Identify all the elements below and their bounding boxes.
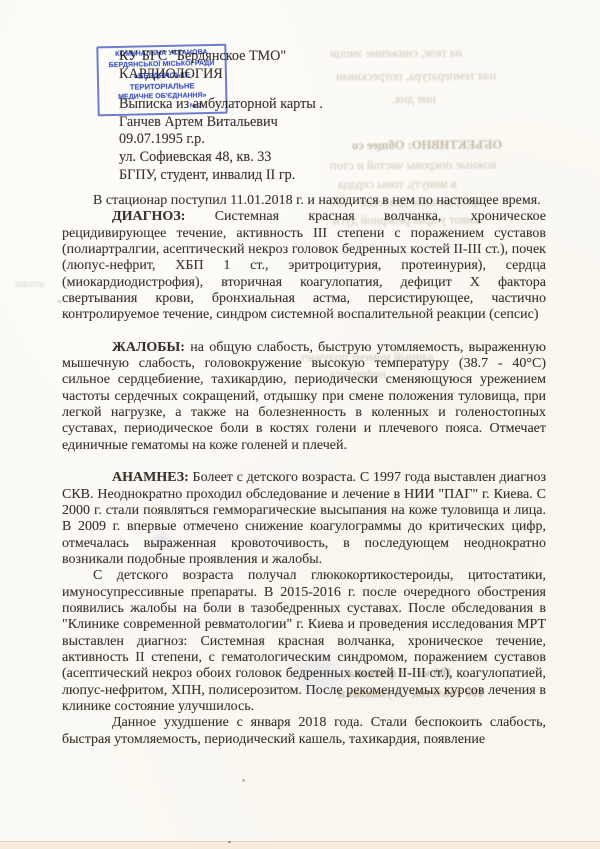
department-name: КАРДИОЛОГИЯ — [119, 66, 323, 84]
paragraph-text: В стационар поступил 11.01.2018 г. и нах… — [93, 193, 541, 208]
scan-speck — [57, 300, 62, 303]
scan-speck — [242, 779, 245, 782]
bleed-through-fragment: кожные покровы чистой и стоп — [330, 158, 496, 174]
paragraph-treatment-history: С детского возраста получал глюкокортико… — [62, 568, 546, 715]
bleed-through-fragment: в минуту, тоны сердца — [338, 177, 457, 193]
scan-speck — [160, 598, 164, 600]
patient-address: ул. Софиевская 48, кв. 33 — [119, 149, 323, 167]
paragraph-complaints: ЖАЛОБЫ: на общую слабость, быструю утомл… — [62, 340, 546, 454]
paragraph-anamnesis: АНАМНЕЗ: Болеет с детского возраста. С 1… — [62, 470, 546, 568]
org-name: КУ БГС "Бердянское ТМО" — [119, 48, 323, 66]
scan-edge-strip — [0, 841, 600, 849]
paragraph-label: ЖАЛОБЫ: — [112, 340, 185, 355]
patient-status: БГПУ, студент, инвалид II гр. — [119, 167, 323, 185]
document-header: КУ БГС "Бердянское ТМО" КАРДИОЛОГИЯ Выпи… — [119, 48, 323, 184]
paragraph-text: С детского возраста получал глюкокортико… — [62, 568, 546, 714]
bleed-through-fragment: ная температура, потрескиван — [336, 69, 496, 85]
document-body: В стационар поступил 11.01.2018 г. и нах… — [62, 193, 546, 748]
paragraph-text: Системная красная волчанка, хроническое … — [62, 209, 546, 322]
bleed-through-fragment: атолог — [14, 278, 44, 290]
scanned-medical-extract-page: на теле, снижение эмоци ная температура,… — [0, 0, 600, 849]
patient-name: Ганчев Артем Витальевич — [119, 114, 323, 132]
bleed-through-fragment: на теле, снижение эмоци — [330, 46, 462, 62]
paragraph-text: на общую слабость, быструю утомляемость,… — [62, 340, 546, 453]
scan-speck — [228, 841, 231, 843]
paragraph-admission: В стационар поступил 11.01.2018 г. и нах… — [62, 193, 546, 209]
paragraph-text: Данное ухудшение с января 2018 года. Ста… — [62, 715, 546, 746]
paragraph-label: АНАМНЕЗ: — [112, 470, 189, 485]
document-title: Выписка из амбулаторной карты . — [119, 96, 323, 114]
paragraph-current-deterioration: Данное ухудшение с января 2018 года. Ста… — [62, 715, 546, 748]
paragraph-diagnosis: ДИАГНОЗ: Системная красная волчанка, хро… — [62, 209, 546, 323]
bleed-through-fragment: ОБЪЕКТИВНО: Общее со — [352, 138, 502, 154]
paragraph-label: ДИАГНОЗ: — [112, 209, 185, 224]
bleed-through-fragment: ние дня. — [392, 92, 436, 107]
patient-birth-date: 09.07.1995 г.р. — [119, 131, 323, 149]
